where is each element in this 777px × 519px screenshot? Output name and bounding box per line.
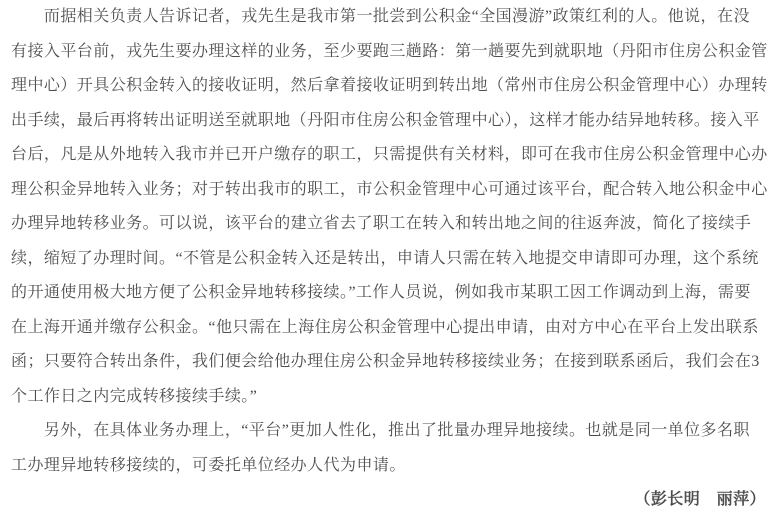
paragraph-1-line-11: 函；只要符合转出条件，我们便会给他办理住房公积金异地转移接续业务；在接到联系函后… [11,345,766,380]
paragraph-2-line-2: 工办理异地转移接续的，可委托单位经办人代为申请。 [11,449,766,484]
paragraph-1-line-4: 出手续，最后再将转出证明送至就职地（丹阳市住房公积金管理中心），这样才能办结异地… [11,104,766,139]
byline: （彭长明 丽萍） [11,483,766,518]
paragraph-1-line-1: 而据相关负责人告诉记者，戎先生是我市第一批尝到公积金“全国漫游”政策红利的人。他… [11,0,766,35]
paragraph-1-line-8: 续，缩短了办理时间。“不管是公积金转入还是转出，申请人只需在转入地提交申请即可办… [11,242,766,277]
paragraph-1-line-9: 的开通使用极大地方便了公积金异地转移接续。”工作人员说，例如我市某职工因工作调动… [11,276,766,311]
paragraph-1-line-10: 在上海开通并缴存公积金。“他只需在上海住房公积金管理中心提出申请，由对方中心在平… [11,311,766,346]
paragraph-1-line-12: 个工作日之内完成转移接续手续。” [11,380,766,415]
article-body: 而据相关负责人告诉记者，戎先生是我市第一批尝到公积金“全国漫游”政策红利的人。他… [11,0,766,483]
paragraph-1-line-2: 有接入平台前，戎先生要办理这样的业务，至少要跑三趟路：第一趟要先到就职地（丹阳市… [11,35,766,70]
paragraph-1-line-6: 理公积金异地转入业务；对于转出我市的职工，市公积金管理中心可通过该平台，配合转入… [11,173,766,208]
paragraph-1-line-7: 办理异地转移业务。可以说，该平台的建立省去了职工在转入和转出地之间的往返奔波，简… [11,207,766,242]
article: 而据相关负责人告诉记者，戎先生是我市第一批尝到公积金“全国漫游”政策红利的人。他… [0,0,777,518]
paragraph-2-line-1: 另外，在具体业务办理上，“平台”更加人性化，推出了批量办理异地接续。也就是同一单… [11,414,766,449]
paragraph-1-line-3: 理中心）开具公积金转入的接收证明，然后拿着接收证明到转出地（常州市住房公积金管理… [11,69,766,104]
paragraph-1-line-5: 台后，凡是从外地转入我市并已开户缴存的职工，只需提供有关材料，即可在我市住房公积… [11,138,766,173]
page: { "page": { "background_color": "#ffffff… [0,0,777,519]
